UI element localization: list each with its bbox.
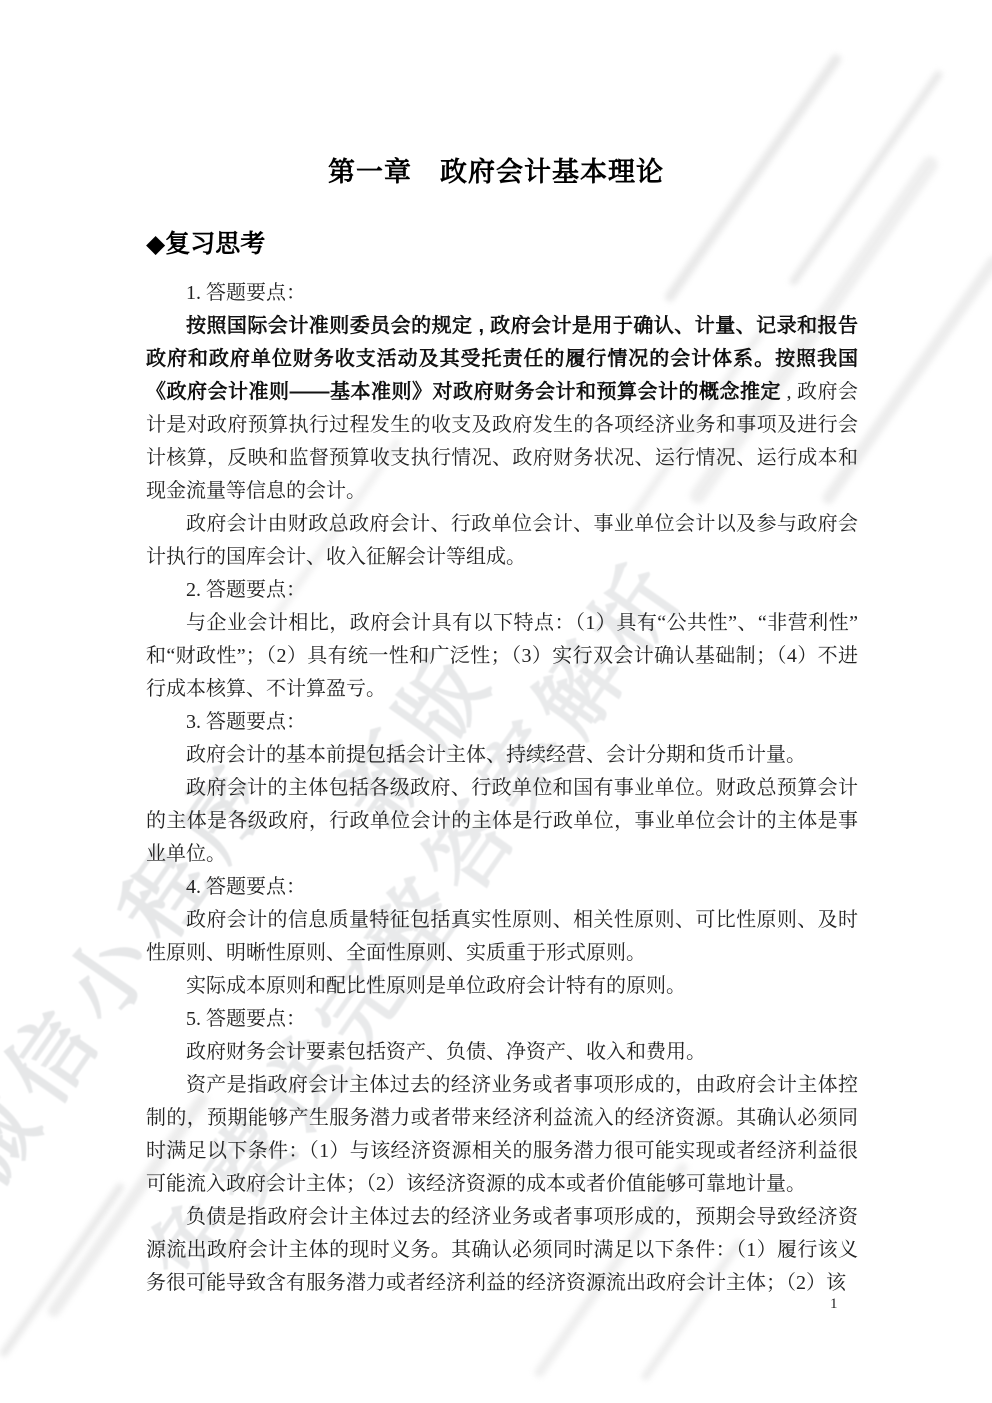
text-segment: 政府会计由财政总政府会计、行政单位会计、事业单位会计以及参与政府会计执行的国库会… bbox=[146, 513, 858, 568]
text-segment: 政府会计的基本前提包括会计主体、持续经营、会计分期和货币计量。 bbox=[186, 744, 806, 766]
page-number: 1 bbox=[830, 1296, 838, 1313]
text-segment: 资产是指政府会计主体过去的经济业务或者事项形成的，由政府会计主体控制的，预期能够… bbox=[146, 1074, 858, 1195]
paragraph: 4. 答题要点： bbox=[146, 871, 858, 904]
text-segment: 政府会计的信息质量特征包括真实性原则、相关性原则、可比性原则、及时性原则、明晰性… bbox=[146, 909, 858, 964]
paragraph: 1. 答题要点： bbox=[146, 277, 858, 310]
text-segment: 政府财务会计要素包括资产、负债、净资产、收入和费用。 bbox=[186, 1041, 706, 1063]
text-segment: 4. 答题要点： bbox=[186, 876, 306, 898]
bold-text-segment: 按照国际会计准则委员会的规定 , 政府会计是用于确认、计量、记录和报告政府和政府… bbox=[146, 315, 858, 403]
paragraph: 政府会计的主体包括各级政府、行政单位和国有事业单位。财政总预算会计的主体是各级政… bbox=[146, 772, 858, 871]
document-body: 1. 答题要点：按照国际会计准则委员会的规定 , 政府会计是用于确认、计量、记录… bbox=[146, 277, 858, 1300]
chapter-title: 第一章 政府会计基本理论 bbox=[0, 150, 992, 189]
text-segment: 5. 答题要点： bbox=[186, 1008, 306, 1030]
text-segment: 与企业会计相比，政府会计具有以下特点：（1）具有“公共性”、“非营利性”和“财政… bbox=[146, 612, 858, 700]
text-segment: 实际成本原则和配比性原则是单位政府会计特有的原则。 bbox=[186, 975, 686, 997]
paragraph: 2. 答题要点： bbox=[146, 574, 858, 607]
paragraph: 与企业会计相比，政府会计具有以下特点：（1）具有“公共性”、“非营利性”和“财政… bbox=[146, 607, 858, 706]
paragraph: 按照国际会计准则委员会的规定 , 政府会计是用于确认、计量、记录和报告政府和政府… bbox=[146, 310, 858, 508]
paragraph: 3. 答题要点： bbox=[146, 706, 858, 739]
text-segment: 3. 答题要点： bbox=[186, 711, 306, 733]
document-page: 微信小程序 免费送完整答案解析 新版 第一章 政府会计基本理论 ◆复习思考 1.… bbox=[0, 0, 992, 1403]
paragraph: 政府会计的基本前提包括会计主体、持续经营、会计分期和货币计量。 bbox=[146, 739, 858, 772]
text-segment: 1. 答题要点： bbox=[186, 282, 306, 304]
text-segment: 2. 答题要点： bbox=[186, 579, 306, 601]
text-segment: 负债是指政府会计主体过去的经济业务或者事项形成的，预期会导致经济资源流出政府会计… bbox=[146, 1206, 858, 1294]
paragraph: 政府财务会计要素包括资产、负债、净资产、收入和费用。 bbox=[146, 1036, 858, 1069]
paragraph: 5. 答题要点： bbox=[146, 1003, 858, 1036]
paragraph: 政府会计由财政总政府会计、行政单位会计、事业单位会计以及参与政府会计执行的国库会… bbox=[146, 508, 858, 574]
paragraph: 实际成本原则和配比性原则是单位政府会计特有的原则。 bbox=[146, 970, 858, 1003]
section-header-review-questions: ◆复习思考 bbox=[146, 224, 265, 260]
text-segment: 政府会计的主体包括各级政府、行政单位和国有事业单位。财政总预算会计的主体是各级政… bbox=[146, 777, 858, 865]
paragraph: 负债是指政府会计主体过去的经济业务或者事项形成的，预期会导致经济资源流出政府会计… bbox=[146, 1201, 858, 1300]
paragraph: 政府会计的信息质量特征包括真实性原则、相关性原则、可比性原则、及时性原则、明晰性… bbox=[146, 904, 858, 970]
paragraph: 资产是指政府会计主体过去的经济业务或者事项形成的，由政府会计主体控制的，预期能够… bbox=[146, 1069, 858, 1201]
watermark-streak bbox=[0, 1182, 126, 1359]
